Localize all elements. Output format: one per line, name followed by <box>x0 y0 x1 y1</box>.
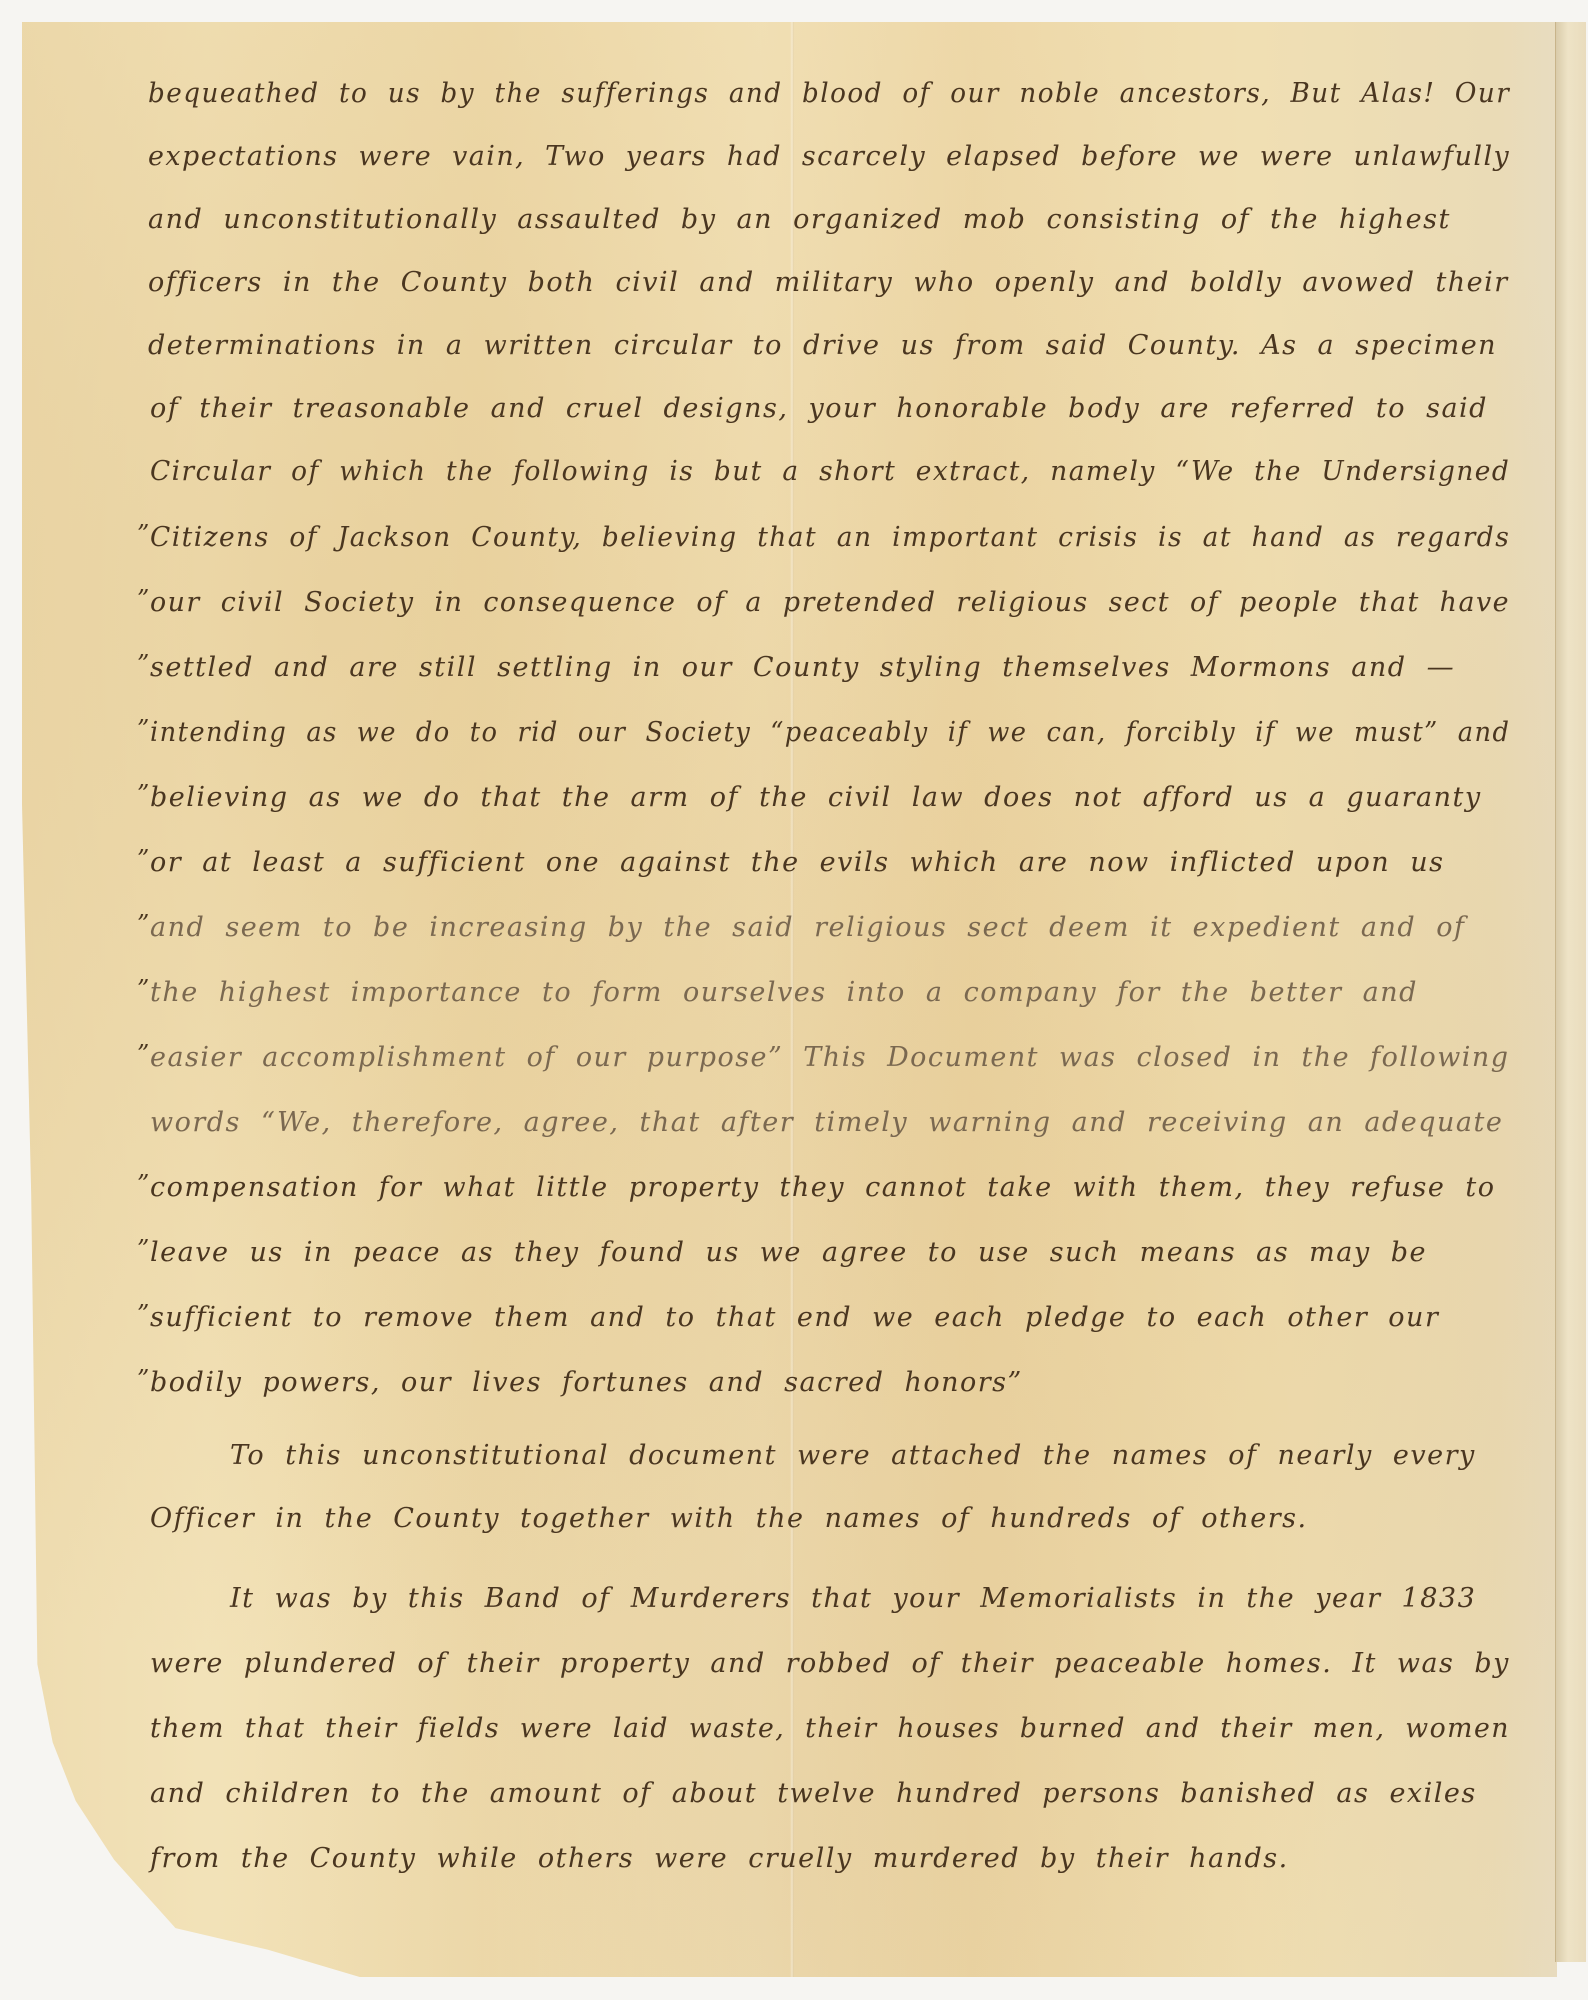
text-line: intending as we do to rid our Society “p… <box>150 717 1510 748</box>
text-line: Circular of which the following is but a… <box>150 456 1510 487</box>
text-line: compensation for what little property th… <box>150 1172 1496 1203</box>
text-line: leave us in peace as they found us we ag… <box>150 1237 1427 1268</box>
quote-marker: ” <box>137 585 149 613</box>
quote-marker: ” <box>137 1235 149 1263</box>
quote-marker: ” <box>137 910 149 938</box>
text-line: Citizens of Jackson County, believing th… <box>150 522 1510 553</box>
text-line: and unconstitutionally assaulted by an o… <box>148 204 1451 235</box>
text-line: the highest importance to form ourselves… <box>150 977 1418 1008</box>
text-line: expectations were vain, Two years had sc… <box>148 141 1510 172</box>
text-line: and seem to be increasing by the said re… <box>150 912 1465 943</box>
quote-marker: ” <box>137 1365 149 1393</box>
quote-marker: ” <box>137 1300 149 1328</box>
text-line: from the County while others were cruell… <box>150 1843 1289 1874</box>
quote-marker: ” <box>137 780 149 808</box>
quote-marker: ” <box>137 650 149 678</box>
text-line: believing as we do that the arm of the c… <box>150 782 1482 813</box>
quote-marker: ” <box>137 1170 149 1198</box>
text-line: of their treasonable and cruel designs, … <box>150 393 1488 424</box>
text-line: To this unconstitutional document were a… <box>230 1440 1476 1471</box>
manuscript-text: bequeathed to us by the sufferings and b… <box>0 0 1588 2000</box>
quote-marker: ” <box>137 715 149 743</box>
text-line: sufficient to remove them and to that en… <box>150 1302 1439 1333</box>
text-line: were plundered of their property and rob… <box>150 1648 1510 1679</box>
text-line: them that their fields were laid waste, … <box>150 1713 1510 1744</box>
text-line: our civil Society in consequence of a pr… <box>150 587 1510 618</box>
quote-marker: ” <box>137 520 149 548</box>
text-line: easier accomplishment of our purpose” Th… <box>150 1042 1510 1073</box>
text-line: determinations in a written circular to … <box>148 330 1497 361</box>
text-line: officers in the County both civil and mi… <box>148 267 1509 298</box>
text-line: It was by this Band of Murderers that yo… <box>230 1583 1476 1614</box>
text-line: or at least a sufficient one against the… <box>150 847 1445 878</box>
text-line: and children to the amount of about twel… <box>150 1778 1477 1809</box>
text-line: words “We, therefore, agree, that after … <box>150 1107 1503 1138</box>
text-line: settled and are still settling in our Co… <box>150 652 1455 683</box>
text-line: bodily powers, our lives fortunes and sa… <box>150 1367 1023 1398</box>
quote-marker: ” <box>137 1040 149 1068</box>
quote-marker: ” <box>137 975 149 1003</box>
text-line: bequeathed to us by the sufferings and b… <box>148 78 1510 109</box>
text-line: Officer in the County together with the … <box>150 1503 1308 1534</box>
quote-marker: ” <box>137 845 149 873</box>
